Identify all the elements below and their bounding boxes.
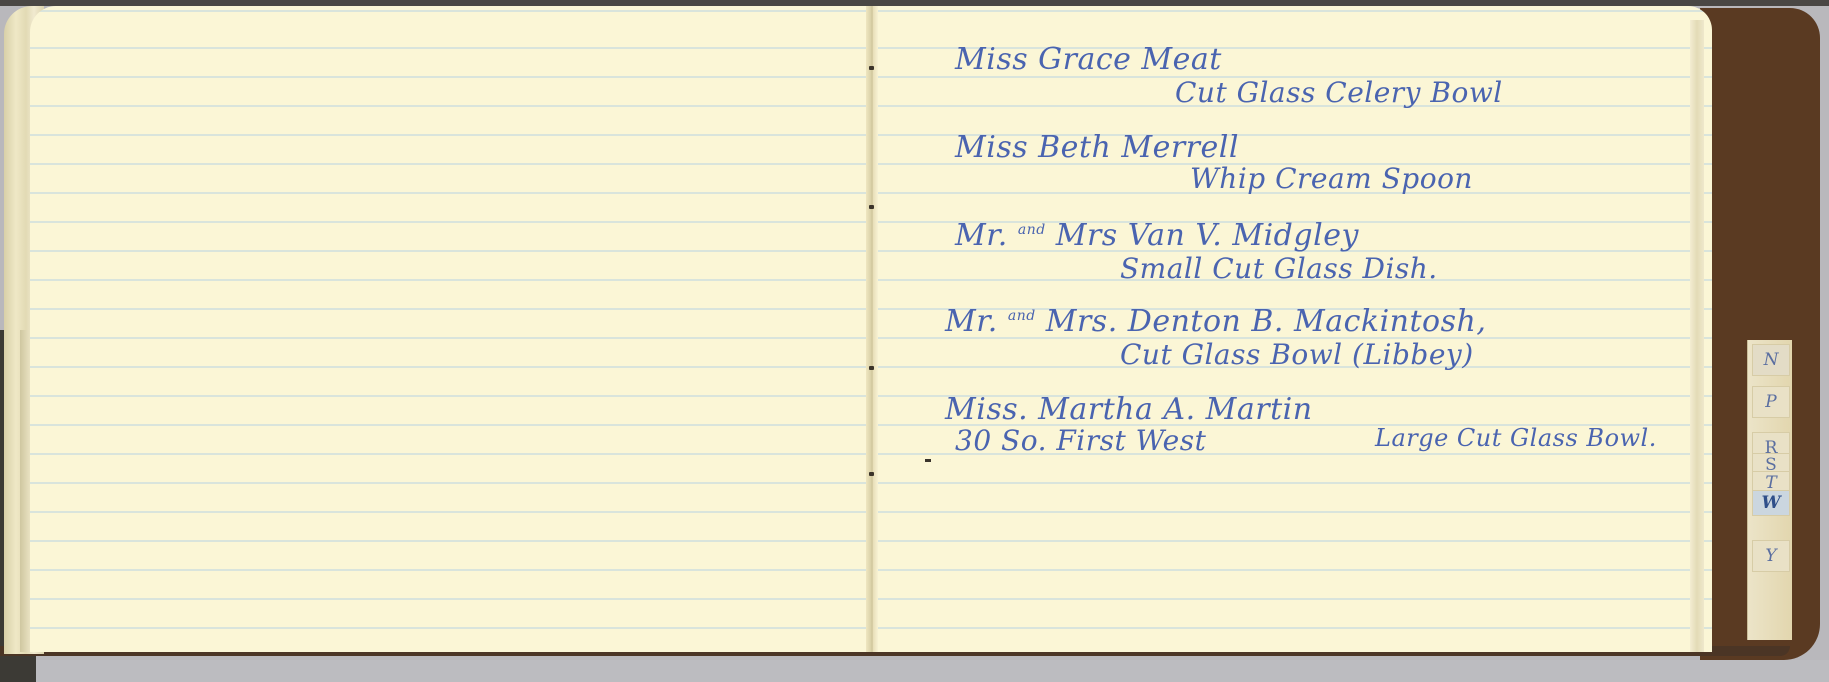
- binding-stitch: [869, 66, 874, 70]
- book-gutter: [866, 6, 878, 652]
- entry-3-name: Mr. and Mrs Van V. Midgley: [955, 218, 1359, 253]
- index-tab-y[interactable]: Y: [1752, 540, 1790, 572]
- entry-2-name: Miss Beth Merrell: [955, 130, 1239, 165]
- binding-stitch: [869, 472, 874, 476]
- entry-3-rest: Mrs Van V. Midgley: [1056, 218, 1359, 253]
- entry-5-address: 30 So. First West: [955, 424, 1206, 457]
- entry-5-name: Miss. Martha A. Martin: [945, 392, 1313, 427]
- binding-stitch: [869, 205, 874, 209]
- index-tab-n[interactable]: N: [1752, 344, 1790, 376]
- ink-speck: [925, 459, 931, 462]
- entry-3-prefix: Mr.: [955, 218, 1008, 253]
- index-tab-w[interactable]: W: [1752, 490, 1790, 516]
- entry-4-and: and: [1008, 308, 1036, 324]
- left-page: [30, 6, 872, 652]
- right-page-edge: [1690, 20, 1704, 652]
- binding-stitch: [869, 366, 874, 370]
- entry-4-prefix: Mr.: [945, 304, 998, 339]
- entry-3-and: and: [1018, 222, 1046, 238]
- entry-5-gift: Large Cut Glass Bowl.: [1375, 424, 1657, 452]
- entry-4-rest: Mrs. Denton B. Mackintosh,: [1046, 304, 1487, 339]
- scan-background: [0, 660, 1829, 682]
- entry-1-gift: Cut Glass Celery Bowl: [1175, 76, 1503, 109]
- index-tab-p[interactable]: P: [1752, 386, 1790, 418]
- entry-4-name: Mr. and Mrs. Denton B. Mackintosh,: [945, 304, 1486, 339]
- entry-4-gift: Cut Glass Bowl (Libbey): [1120, 338, 1474, 371]
- entry-1-name: Miss Grace Meat: [955, 42, 1222, 77]
- entry-3-gift: Small Cut Glass Dish.: [1120, 252, 1438, 285]
- entry-2-gift: Whip Cream Spoon: [1190, 162, 1473, 195]
